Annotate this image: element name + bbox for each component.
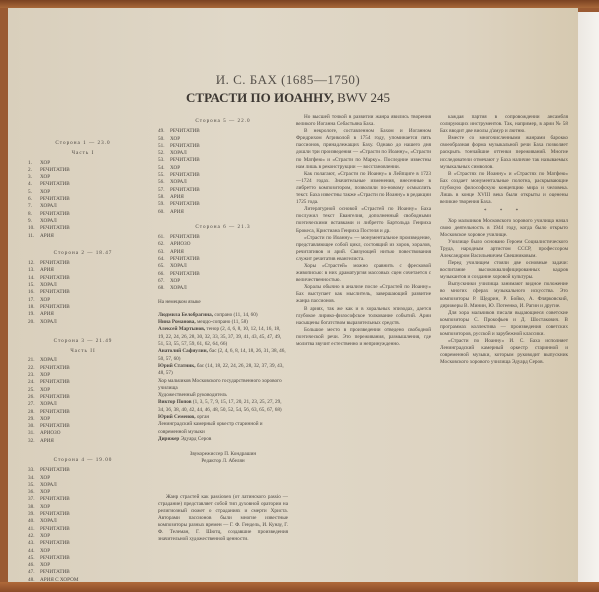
track-item: 34.ХОР <box>28 475 138 482</box>
track-number: 59. <box>158 201 170 208</box>
essay-paragraph: Хор мальчиков Московского хорового учили… <box>440 218 568 239</box>
track-number: 16. <box>28 289 40 296</box>
track-title: ХОР <box>170 165 180 171</box>
track-title: РЕЧИТАТИВ <box>40 394 70 400</box>
performer-line: Виктор Попов (1, 3, 5, 7, 9, 15, 17, 20,… <box>158 399 288 414</box>
track-item: 35.ХОРАЛ <box>28 482 138 489</box>
title-block: И. С. БАХ (1685—1750) СТРАСТИ ПО ИОАННУ,… <box>8 72 578 106</box>
performer-line: Юрий Статник, бас (14, 18, 22, 24, 26, 2… <box>158 363 288 378</box>
track-number: 44. <box>28 548 40 555</box>
track-item: 39.РЕЧИТАТИВ <box>28 511 138 518</box>
track-title: РЕЧИТАТИВ <box>170 128 200 134</box>
table-surface-bottom <box>0 582 599 592</box>
track-item: 44.ХОР <box>28 548 138 555</box>
track-item: 40.ХОРАЛ <box>28 518 138 525</box>
track-number: 41. <box>28 526 40 533</box>
track-item: 23.ХОР <box>28 372 138 379</box>
track-title: АРИОЗО <box>170 241 190 247</box>
track-item: 55.РЕЧИТАТИВ <box>158 172 288 179</box>
track-number: 63. <box>158 249 170 256</box>
essay-paragraph: Литературной основой «Страстей по Иоанну… <box>296 206 431 234</box>
track-item: 3.ХОР <box>28 174 138 181</box>
performer-role: меццо-сопрано (11, 58) <box>197 319 248 325</box>
track-number: 7. <box>28 203 40 210</box>
track-number: 23. <box>28 372 40 379</box>
track-item: 27.ХОРАЛ <box>28 401 138 408</box>
track-number: 46. <box>28 562 40 569</box>
track-title: ХОРАЛ <box>40 282 57 288</box>
essay-intro: Жанр страстей как passionen (от латинско… <box>158 494 288 544</box>
essay-paragraph: Но высшей точкой в развитии жанра явилис… <box>296 114 431 128</box>
track-title: РЕЧИТАТИВ <box>40 211 70 217</box>
track-number: 19. <box>28 311 40 318</box>
track-title: РЕЧИТАТИВ <box>170 271 200 277</box>
track-number: 38. <box>28 504 40 511</box>
performer-name: Юрий Статник, <box>158 363 197 369</box>
track-number: 52. <box>158 150 170 157</box>
track-item: 16.РЕЧИТАТИВ <box>28 289 138 296</box>
track-item: 67.ХОР <box>158 278 288 285</box>
track-item: 12.РЕЧИТАТИВ <box>28 260 138 267</box>
track-item: 29.ХОР <box>28 416 138 423</box>
track-title: ХОРАЛ <box>170 263 187 269</box>
track-title: ХОР <box>40 297 50 303</box>
track-item: 4.РЕЧИТАТИВ <box>28 181 138 188</box>
track-title: РЕЧИТАТИВ <box>40 379 70 385</box>
track-number: 58. <box>158 194 170 201</box>
track-number: 32. <box>28 438 40 445</box>
track-title: РЕЧИТАТИВ <box>170 187 200 193</box>
performer-role: Художественный руководитель <box>158 392 227 398</box>
track-title: ХОР <box>40 548 50 554</box>
track-number: 37. <box>28 496 40 503</box>
track-title: ХОР <box>40 416 50 422</box>
track-number: 57. <box>158 187 170 194</box>
performer-line: Анатолий Сафиулин, бас (2, 4, 6, 8, 14, … <box>158 348 288 363</box>
track-item: 14.РЕЧИТАТИВ <box>28 275 138 282</box>
track-title: РЕЧИТАТИВ <box>40 540 70 546</box>
track-title: РЕЧИТАТИВ <box>40 167 70 173</box>
track-title: АРИЯ <box>40 233 54 239</box>
credit-line: Редактор Л. Абелян <box>158 458 288 465</box>
track-title: ХОРАЛ <box>40 203 57 209</box>
track-title: РЕЧИТАТИВ <box>40 304 70 310</box>
track-number: 26. <box>28 394 40 401</box>
performer-name: Алексей Мартынов, <box>158 326 207 332</box>
part-heading: Часть II <box>28 348 138 355</box>
track-item: 20.ХОРАЛ <box>28 319 138 326</box>
track-title: ХОРАЛ <box>40 357 57 363</box>
track-item: 63.АРИЯ <box>158 249 288 256</box>
track-title: ХОРАЛ <box>40 401 57 407</box>
track-item: 24.РЕЧИТАТИВ <box>28 379 138 386</box>
side-heading: Сторона 4 — 19.00 <box>28 457 138 464</box>
track-title: АРИОЗО <box>40 430 60 436</box>
track-item: 59.РЕЧИТАТИВ <box>158 201 288 208</box>
track-number: 6. <box>28 196 40 203</box>
track-number: 51. <box>158 143 170 150</box>
track-number: 13. <box>28 267 40 274</box>
track-title: РЕЧИТАТИВ <box>40 496 70 502</box>
track-item: 21.ХОРАЛ <box>28 357 138 364</box>
track-number: 8. <box>28 211 40 218</box>
track-number: 2. <box>28 167 40 174</box>
side-heading: Сторона 3 — 21.49 <box>28 338 138 345</box>
essay-paragraph: Выпускники училища занимают видное полож… <box>440 281 568 309</box>
track-title: ХОР <box>40 387 50 393</box>
track-title: ХОР <box>40 489 50 495</box>
essay-paragraph: каждая партия в сопровождении ансамбля с… <box>440 114 568 135</box>
track-item: 6.РЕЧИТАТИВ <box>28 196 138 203</box>
essay-column-3: каждая партия в сопровождении ансамбля с… <box>440 114 568 366</box>
performer-name: Юрий Семенов, <box>158 414 197 420</box>
performer-role: Хор мальчиков Московского государственно… <box>158 378 282 391</box>
performer-line: Дирижер Эдуард Серов <box>158 436 288 443</box>
track-item: 60.АРИЯ <box>158 209 288 216</box>
track-number: 18. <box>28 304 40 311</box>
track-title: ХОРАЛ <box>170 150 187 156</box>
track-title: ХОРАЛ <box>40 218 57 224</box>
track-item: 62.АРИОЗО <box>158 241 288 248</box>
track-number: 49. <box>158 128 170 135</box>
track-item: 61.РЕЧИТАТИВ <box>158 234 288 241</box>
track-title: ХОР <box>40 372 50 378</box>
essay-paragraph: В ариях, так же как и в хоральных эпизод… <box>296 306 431 327</box>
performer-name: Дирижер <box>158 436 181 442</box>
track-item: 52.ХОРАЛ <box>158 150 288 157</box>
track-number: 9. <box>28 218 40 225</box>
essay-paragraph: Перед училищем стояли две основные задач… <box>440 260 568 281</box>
track-item: 18.РЕЧИТАТИВ <box>28 304 138 311</box>
track-item: 22.РЕЧИТАТИВ <box>28 365 138 372</box>
track-title: РЕЧИТАТИВ <box>170 201 200 207</box>
track-item: 17.ХОР <box>28 297 138 304</box>
performer-role: сопрано (11, 14, 60) <box>214 312 257 318</box>
catalog-number: BWV 245 <box>337 90 390 105</box>
side-heading: Сторона 2 — 18.47 <box>28 250 138 257</box>
record-sleeve: И. С. БАХ (1685—1750) СТРАСТИ ПО ИОАННУ,… <box>8 8 578 583</box>
track-number: 17. <box>28 297 40 304</box>
performer-name: Нина Романова, <box>158 319 197 325</box>
track-number: 55. <box>158 172 170 179</box>
track-title: РЕЧИТАТИВ <box>170 172 200 178</box>
track-number: 68. <box>158 285 170 292</box>
track-item: 66.РЕЧИТАТИВ <box>158 271 288 278</box>
essay-paragraph: Хоралы обычно в анализе после «Страстей … <box>296 284 431 305</box>
track-item: 19.АРИЯ <box>28 311 138 318</box>
track-title: РЕЧИТАТИВ <box>170 234 200 240</box>
tracklist-column-2: Сторона 5 — 22.049.РЕЧИТАТИВ50.ХОР51.РЕЧ… <box>158 114 288 543</box>
track-title: ХОР <box>40 189 50 195</box>
inner-sleeve-edge <box>578 12 599 584</box>
track-number: 1. <box>28 160 40 167</box>
essay-paragraph: Большое место в произведении отведено св… <box>296 327 431 348</box>
track-number: 66. <box>158 271 170 278</box>
track-item: 10.РЕЧИТАТИВ <box>28 225 138 232</box>
track-title: ХОРАЛ <box>40 482 57 488</box>
track-number: 25. <box>28 387 40 394</box>
tracklist-column-1: Сторона 1 — 23.0Часть I1.ХОР2.РЕЧИТАТИВ3… <box>28 136 138 584</box>
production-credits: Звукорежиссер П. КондрашинРедактор Л. Аб… <box>158 451 288 466</box>
track-title: ХОРАЛ <box>170 179 187 185</box>
performer-line: Ленинградский камерный оркестр старинной… <box>158 421 288 436</box>
essay-paragraph: В некрологе, составленном Бахом и Иоганн… <box>296 128 431 171</box>
track-title: РЕЧИТАТИВ <box>40 511 70 517</box>
essay-paragraph: Жанр страстей как passionen (от латинско… <box>158 494 288 544</box>
track-number: 21. <box>28 357 40 364</box>
performer-line: Алексей Мартынов, тенор (2, 4, 6, 8, 10,… <box>158 326 288 348</box>
track-title: ХОР <box>40 174 50 180</box>
track-title: АРИЯ <box>40 267 54 273</box>
track-title: ХОР <box>40 160 50 166</box>
work-title: СТРАСТИ ПО ИОАННУ, BWV 245 <box>0 90 578 106</box>
track-number: 56. <box>158 179 170 186</box>
track-item: 54.ХОР <box>158 165 288 172</box>
track-title: РЕЧИТАТИВ <box>40 196 70 202</box>
track-number: 36. <box>28 489 40 496</box>
track-number: 30. <box>28 423 40 430</box>
track-item: 51.РЕЧИТАТИВ <box>158 143 288 150</box>
track-item: 57.РЕЧИТАТИВ <box>158 187 288 194</box>
track-item: 33.РЕЧИТАТИВ <box>28 467 138 474</box>
track-item: 43.РЕЧИТАТИВ <box>28 540 138 547</box>
track-item: 53.РЕЧИТАТИВ <box>158 157 288 164</box>
track-number: 20. <box>28 319 40 326</box>
track-title: РЕЧИТАТИВ <box>170 256 200 262</box>
track-title: АРИЯ <box>170 249 184 255</box>
essay-paragraph: «Страсти по Иоанну» И. С. Баха исполняет… <box>440 338 568 366</box>
track-item: 5.ХОР <box>28 189 138 196</box>
essay-paragraph: «Страсти по Иоанну» — монументальное про… <box>296 235 431 263</box>
essay-paragraph: Вместе со многочисленными жанрами барокк… <box>440 135 568 170</box>
track-title: РЕЧИТАТИВ <box>40 555 70 561</box>
track-item: 1.ХОР <box>28 160 138 167</box>
track-item: 50.ХОР <box>158 136 288 143</box>
performer-name: Виктор Попов <box>158 399 193 405</box>
track-item: 37.РЕЧИТАТИВ <box>28 496 138 503</box>
performer-name: Людмила Белобрагина, <box>158 312 214 318</box>
track-number: 35. <box>28 482 40 489</box>
track-item: 42.ХОР <box>28 533 138 540</box>
track-number: 53. <box>158 157 170 164</box>
track-number: 28. <box>28 409 40 416</box>
track-number: 22. <box>28 365 40 372</box>
track-number: 15. <box>28 282 40 289</box>
track-number: 42. <box>28 533 40 540</box>
track-item: 15.ХОРАЛ <box>28 282 138 289</box>
track-item: 7.ХОРАЛ <box>28 203 138 210</box>
track-number: 3. <box>28 174 40 181</box>
track-number: 39. <box>28 511 40 518</box>
track-title: АРИЯ <box>40 438 54 444</box>
track-item: 41.РЕЧИТАТИВ <box>28 526 138 533</box>
track-item: 46.ХОР <box>28 562 138 569</box>
track-title: РЕЧИТАТИВ <box>40 365 70 371</box>
table-surface <box>0 0 599 8</box>
track-title: ХОР <box>170 136 180 142</box>
track-item: 56.ХОРАЛ <box>158 179 288 186</box>
track-title: РЕЧИТАТИВ <box>40 467 70 473</box>
track-number: 34. <box>28 475 40 482</box>
track-item: 2.РЕЧИТАТИВ <box>28 167 138 174</box>
side-heading: Сторона 1 — 23.0 <box>28 140 138 147</box>
track-item: 32.АРИЯ <box>28 438 138 445</box>
track-number: 24. <box>28 379 40 386</box>
language-note: На немецком языке <box>158 299 288 306</box>
track-title: ХОРАЛ <box>170 285 187 291</box>
track-number: 31. <box>28 430 40 437</box>
performer-role: Ленинградский камерный оркестр старинной… <box>158 421 263 434</box>
section-divider: * * * <box>440 208 568 215</box>
performers-list: На немецком языке Людмила Белобрагина, с… <box>158 299 288 466</box>
track-title: РЕЧИТАТИВ <box>40 225 70 231</box>
track-title: ХОР <box>40 533 50 539</box>
track-item: 45.РЕЧИТАТИВ <box>28 555 138 562</box>
track-title: РЕЧИТАТИВ <box>40 289 70 295</box>
track-title: АРИЯ <box>170 194 184 200</box>
essay-paragraph: Училище было основано Героем Социалистич… <box>440 239 568 260</box>
track-number: 40. <box>28 518 40 525</box>
side-heading: Сторона 5 — 22.0 <box>158 118 288 125</box>
track-item: 28.РЕЧИТАТИВ <box>28 409 138 416</box>
track-title: АРИЯ <box>170 209 184 215</box>
track-item: 26.РЕЧИТАТИВ <box>28 394 138 401</box>
track-number: 50. <box>158 136 170 143</box>
track-item: 8.РЕЧИТАТИВ <box>28 211 138 218</box>
part-heading: Часть I <box>28 150 138 157</box>
track-item: 30.РЕЧИТАТИВ <box>28 423 138 430</box>
track-title: ХОР <box>40 562 50 568</box>
track-title: ХОРАЛ <box>40 518 57 524</box>
track-item: 68.ХОРАЛ <box>158 285 288 292</box>
track-title: РЕЧИТАТИВ <box>40 409 70 415</box>
essay-column-2: Но высшей точкой в развитии жанра явилис… <box>296 114 431 348</box>
track-number: 11. <box>28 233 40 240</box>
essay-paragraph: Как полагают, «Страсти по Иоанну» в Лейп… <box>296 171 431 206</box>
track-number: 14. <box>28 275 40 282</box>
track-item: 9.ХОРАЛ <box>28 218 138 225</box>
track-title: ХОР <box>170 278 180 284</box>
track-item: 49.РЕЧИТАТИВ <box>158 128 288 135</box>
side-heading: Сторона 6 — 21.3 <box>158 224 288 231</box>
track-title: АРИЯ <box>40 311 54 317</box>
track-item: 38.ХОР <box>28 504 138 511</box>
track-number: 12. <box>28 260 40 267</box>
track-number: 64. <box>158 256 170 263</box>
track-item: 65.ХОРАЛ <box>158 263 288 270</box>
track-item: 58.АРИЯ <box>158 194 288 201</box>
track-number: 5. <box>28 189 40 196</box>
track-number: 54. <box>158 165 170 172</box>
track-number: 33. <box>28 467 40 474</box>
track-title: РЕЧИТАТИВ <box>40 181 70 187</box>
track-number: 47. <box>28 569 40 576</box>
track-number: 65. <box>158 263 170 270</box>
track-number: 4. <box>28 181 40 188</box>
track-title: ХОР <box>40 475 50 481</box>
track-number: 45. <box>28 555 40 562</box>
track-title: РЕЧИТАТИВ <box>40 423 70 429</box>
track-item: 25.ХОР <box>28 387 138 394</box>
performer-role: Эдуард Серов <box>181 436 212 442</box>
track-number: 60. <box>158 209 170 216</box>
track-title: РЕЧИТАТИВ <box>170 157 200 163</box>
composer-name: И. С. БАХ (1685—1750) <box>0 72 578 88</box>
essay-paragraph: В «Страстях по Иоанну» и «Страстях по Ма… <box>440 171 568 206</box>
track-number: 62. <box>158 241 170 248</box>
track-number: 43. <box>28 540 40 547</box>
performer-role: орган <box>197 414 209 420</box>
track-title: РЕЧИТАТИВ <box>40 526 70 532</box>
track-number: 29. <box>28 416 40 423</box>
track-title: РЕЧИТАТИВ <box>170 143 200 149</box>
track-number: 27. <box>28 401 40 408</box>
track-title: ХОРАЛ <box>40 319 57 325</box>
track-number: 67. <box>158 278 170 285</box>
performer-line: Хор мальчиков Московского государственно… <box>158 378 288 393</box>
track-number: 10. <box>28 225 40 232</box>
track-title: РЕЧИТАТИВ <box>40 569 70 575</box>
track-title: РЕЧИТАТИВ <box>40 275 70 281</box>
track-item: 31.АРИОЗО <box>28 430 138 437</box>
essay-paragraph: Для хора мальчиков писали выдающиеся сов… <box>440 310 568 338</box>
track-item: 13.АРИЯ <box>28 267 138 274</box>
track-item: 36.ХОР <box>28 489 138 496</box>
track-title: РЕЧИТАТИВ <box>40 260 70 266</box>
track-item: 47.РЕЧИТАТИВ <box>28 569 138 576</box>
track-item: 64.РЕЧИТАТИВ <box>158 256 288 263</box>
work-name: СТРАСТИ ПО ИОАННУ, <box>186 90 334 105</box>
track-number: 61. <box>158 234 170 241</box>
track-item: 11.АРИЯ <box>28 233 138 240</box>
essay-paragraph: Хоры «Страстей» можно сравнить с фресков… <box>296 263 431 284</box>
track-title: ХОР <box>40 504 50 510</box>
performer-name: Анатолий Сафиулин, <box>158 348 209 354</box>
